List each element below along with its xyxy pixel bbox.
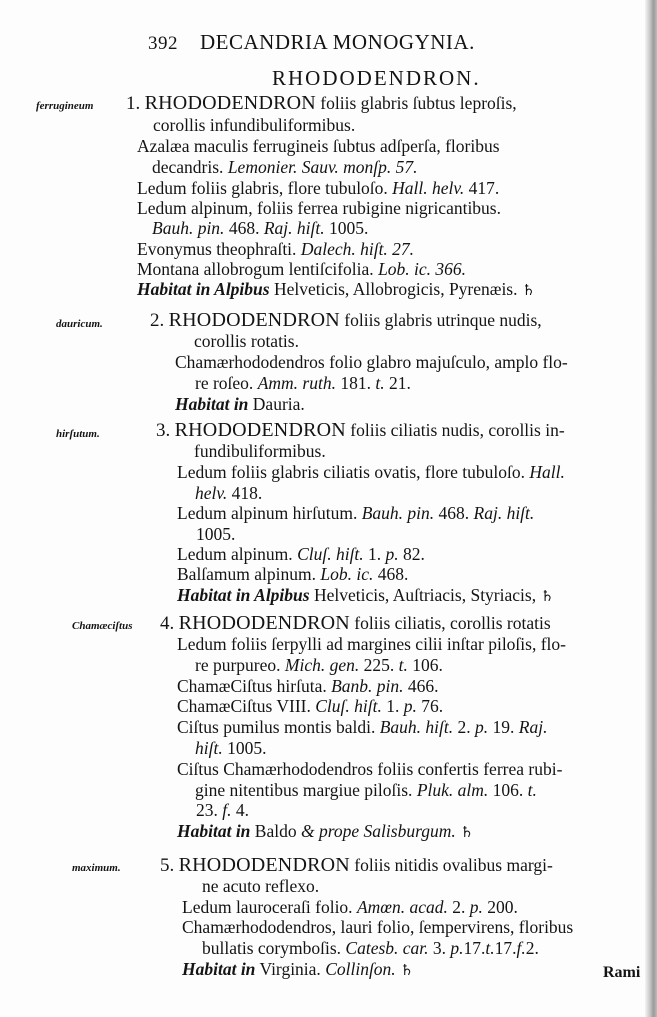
species-diagnosis: 2. RHODODENDRON foliis glabris utrinque … bbox=[150, 310, 542, 331]
synonym: Azalæa maculis ferrugineis ſubtus adſper… bbox=[137, 136, 500, 156]
synonym: Chamærhododendros folio glabro majuſculo… bbox=[175, 352, 568, 372]
habitat-line: Habitat in Virginia. Collinſon. ♄ bbox=[182, 959, 414, 981]
book-page: 392DECANDRIA MONOGYNIA. RHODODENDRON. fe… bbox=[0, 0, 657, 1017]
synonym: Ledum foliis glabris, flore tubuloſo. Ha… bbox=[137, 178, 499, 198]
habitat-line: Habitat in Dauria. bbox=[175, 394, 305, 414]
synonym-continued: re roſeo. Amm. ruth. 181. t. 21. bbox=[195, 373, 411, 393]
synonym: ChamæCiſtus hirſuta. Banb. pin. 466. bbox=[177, 676, 439, 696]
running-title: DECANDRIA MONOGYNIA. bbox=[200, 30, 475, 54]
shrub-symbol-icon: ♄ bbox=[522, 283, 535, 299]
diagnosis-continued: fundibuliformibus. bbox=[194, 441, 326, 461]
synonym: Ledum alpinum hirſutum. Bauh. pin. 468. … bbox=[177, 503, 534, 523]
running-head: 392DECANDRIA MONOGYNIA. bbox=[148, 30, 475, 55]
species-diagnosis: 1. RHODODENDRON foliis glabris ſubtus le… bbox=[126, 93, 517, 114]
species-diagnosis: 4. RHODODENDRON foliis ciliatis, corolli… bbox=[160, 613, 551, 634]
synonym: Ledum alpinum, foliis ferrea rubigine ni… bbox=[137, 198, 501, 218]
synonym: Ledum foliis ſerpylli ad margines cilii … bbox=[177, 634, 566, 654]
habitat-line: Habitat in Alpibus Helveticis, Auſtriaci… bbox=[177, 585, 554, 607]
shrub-symbol-icon: ♄ bbox=[400, 963, 413, 979]
trivial-name: Chamæciſtus bbox=[72, 620, 133, 632]
synonym-continued: bullatis corymboſis. Catesb. car. 3. p.1… bbox=[202, 938, 539, 958]
synonym-continued: re purpureo. Mich. gen. 225. t. 106. bbox=[195, 655, 443, 675]
synonym-continued: helv. 418. bbox=[195, 483, 262, 503]
habitat-line: Habitat in Baldo & prope Salisburgum. ♄ bbox=[177, 821, 474, 843]
trivial-name: ferrugineum bbox=[36, 100, 93, 112]
synonym-continued: 1005. bbox=[196, 524, 235, 544]
species-diagnosis: 5. RHODODENDRON foliis nitidis ovalibus … bbox=[160, 855, 553, 876]
page-gutter-shadow bbox=[645, 0, 657, 1017]
diagnosis-continued: corollis rotatis. bbox=[194, 331, 299, 351]
shrub-symbol-icon: ♄ bbox=[540, 589, 553, 605]
habitat-line: Habitat in Alpibus Helveticis, Allobrogi… bbox=[137, 279, 535, 301]
species-diagnosis: 3. RHODODENDRON foliis ciliatis nudis, c… bbox=[156, 420, 565, 441]
synonym: Ledum alpinum. Cluſ. hiſt. 1. p. 82. bbox=[177, 544, 425, 564]
page-number: 392 bbox=[148, 33, 178, 54]
trivial-name: dauricum. bbox=[56, 318, 103, 330]
synonym: Evonymus theophraſti. Dalech. hiſt. 27. bbox=[137, 239, 414, 259]
diagnosis-continued: corollis infundibuliformibus. bbox=[153, 115, 355, 135]
shrub-symbol-icon: ♄ bbox=[460, 825, 473, 841]
synonym: Ledum lauroceraſi folio. Amœn. acad. 2. … bbox=[182, 897, 518, 917]
synonym-continued: decandris. Lemonier. Sauv. monſp. 57. bbox=[152, 157, 418, 177]
trivial-name: maximum. bbox=[72, 862, 121, 874]
diagnosis-continued: ne acuto reflexo. bbox=[202, 876, 319, 896]
synonym: Ciſtus Chamærhododendros foliis conferti… bbox=[177, 759, 562, 779]
synonym-continued: hiſt. 1005. bbox=[195, 738, 266, 758]
synonym-continued: Bauh. pin. 468. Raj. hiſt. 1005. bbox=[152, 218, 368, 238]
trivial-name: hirſutum. bbox=[56, 428, 100, 440]
synonym-continued: 23. f. 4. bbox=[196, 800, 249, 820]
synonym: Ciſtus pumilus montis baldi. Bauh. hiſt.… bbox=[177, 717, 547, 737]
synonym: ChamæCiſtus VIII. Cluſ. hiſt. 1. p. 76. bbox=[177, 696, 443, 716]
synonym: Chamærhododendros, lauri folio, ſempervi… bbox=[182, 917, 573, 937]
synonym: Balſamum alpinum. Lob. ic. 468. bbox=[177, 564, 408, 584]
genus-title: RHODODENDRON. bbox=[272, 66, 481, 91]
synonym: Montana allobrogum lentiſcifolia. Lob. i… bbox=[137, 259, 466, 279]
catchword: Rami bbox=[603, 964, 640, 982]
synonym-continued: gine nitentibus margiue piloſis. Pluk. a… bbox=[195, 780, 537, 800]
synonym: Ledum foliis glabris ciliatis ovatis, fl… bbox=[177, 462, 565, 482]
